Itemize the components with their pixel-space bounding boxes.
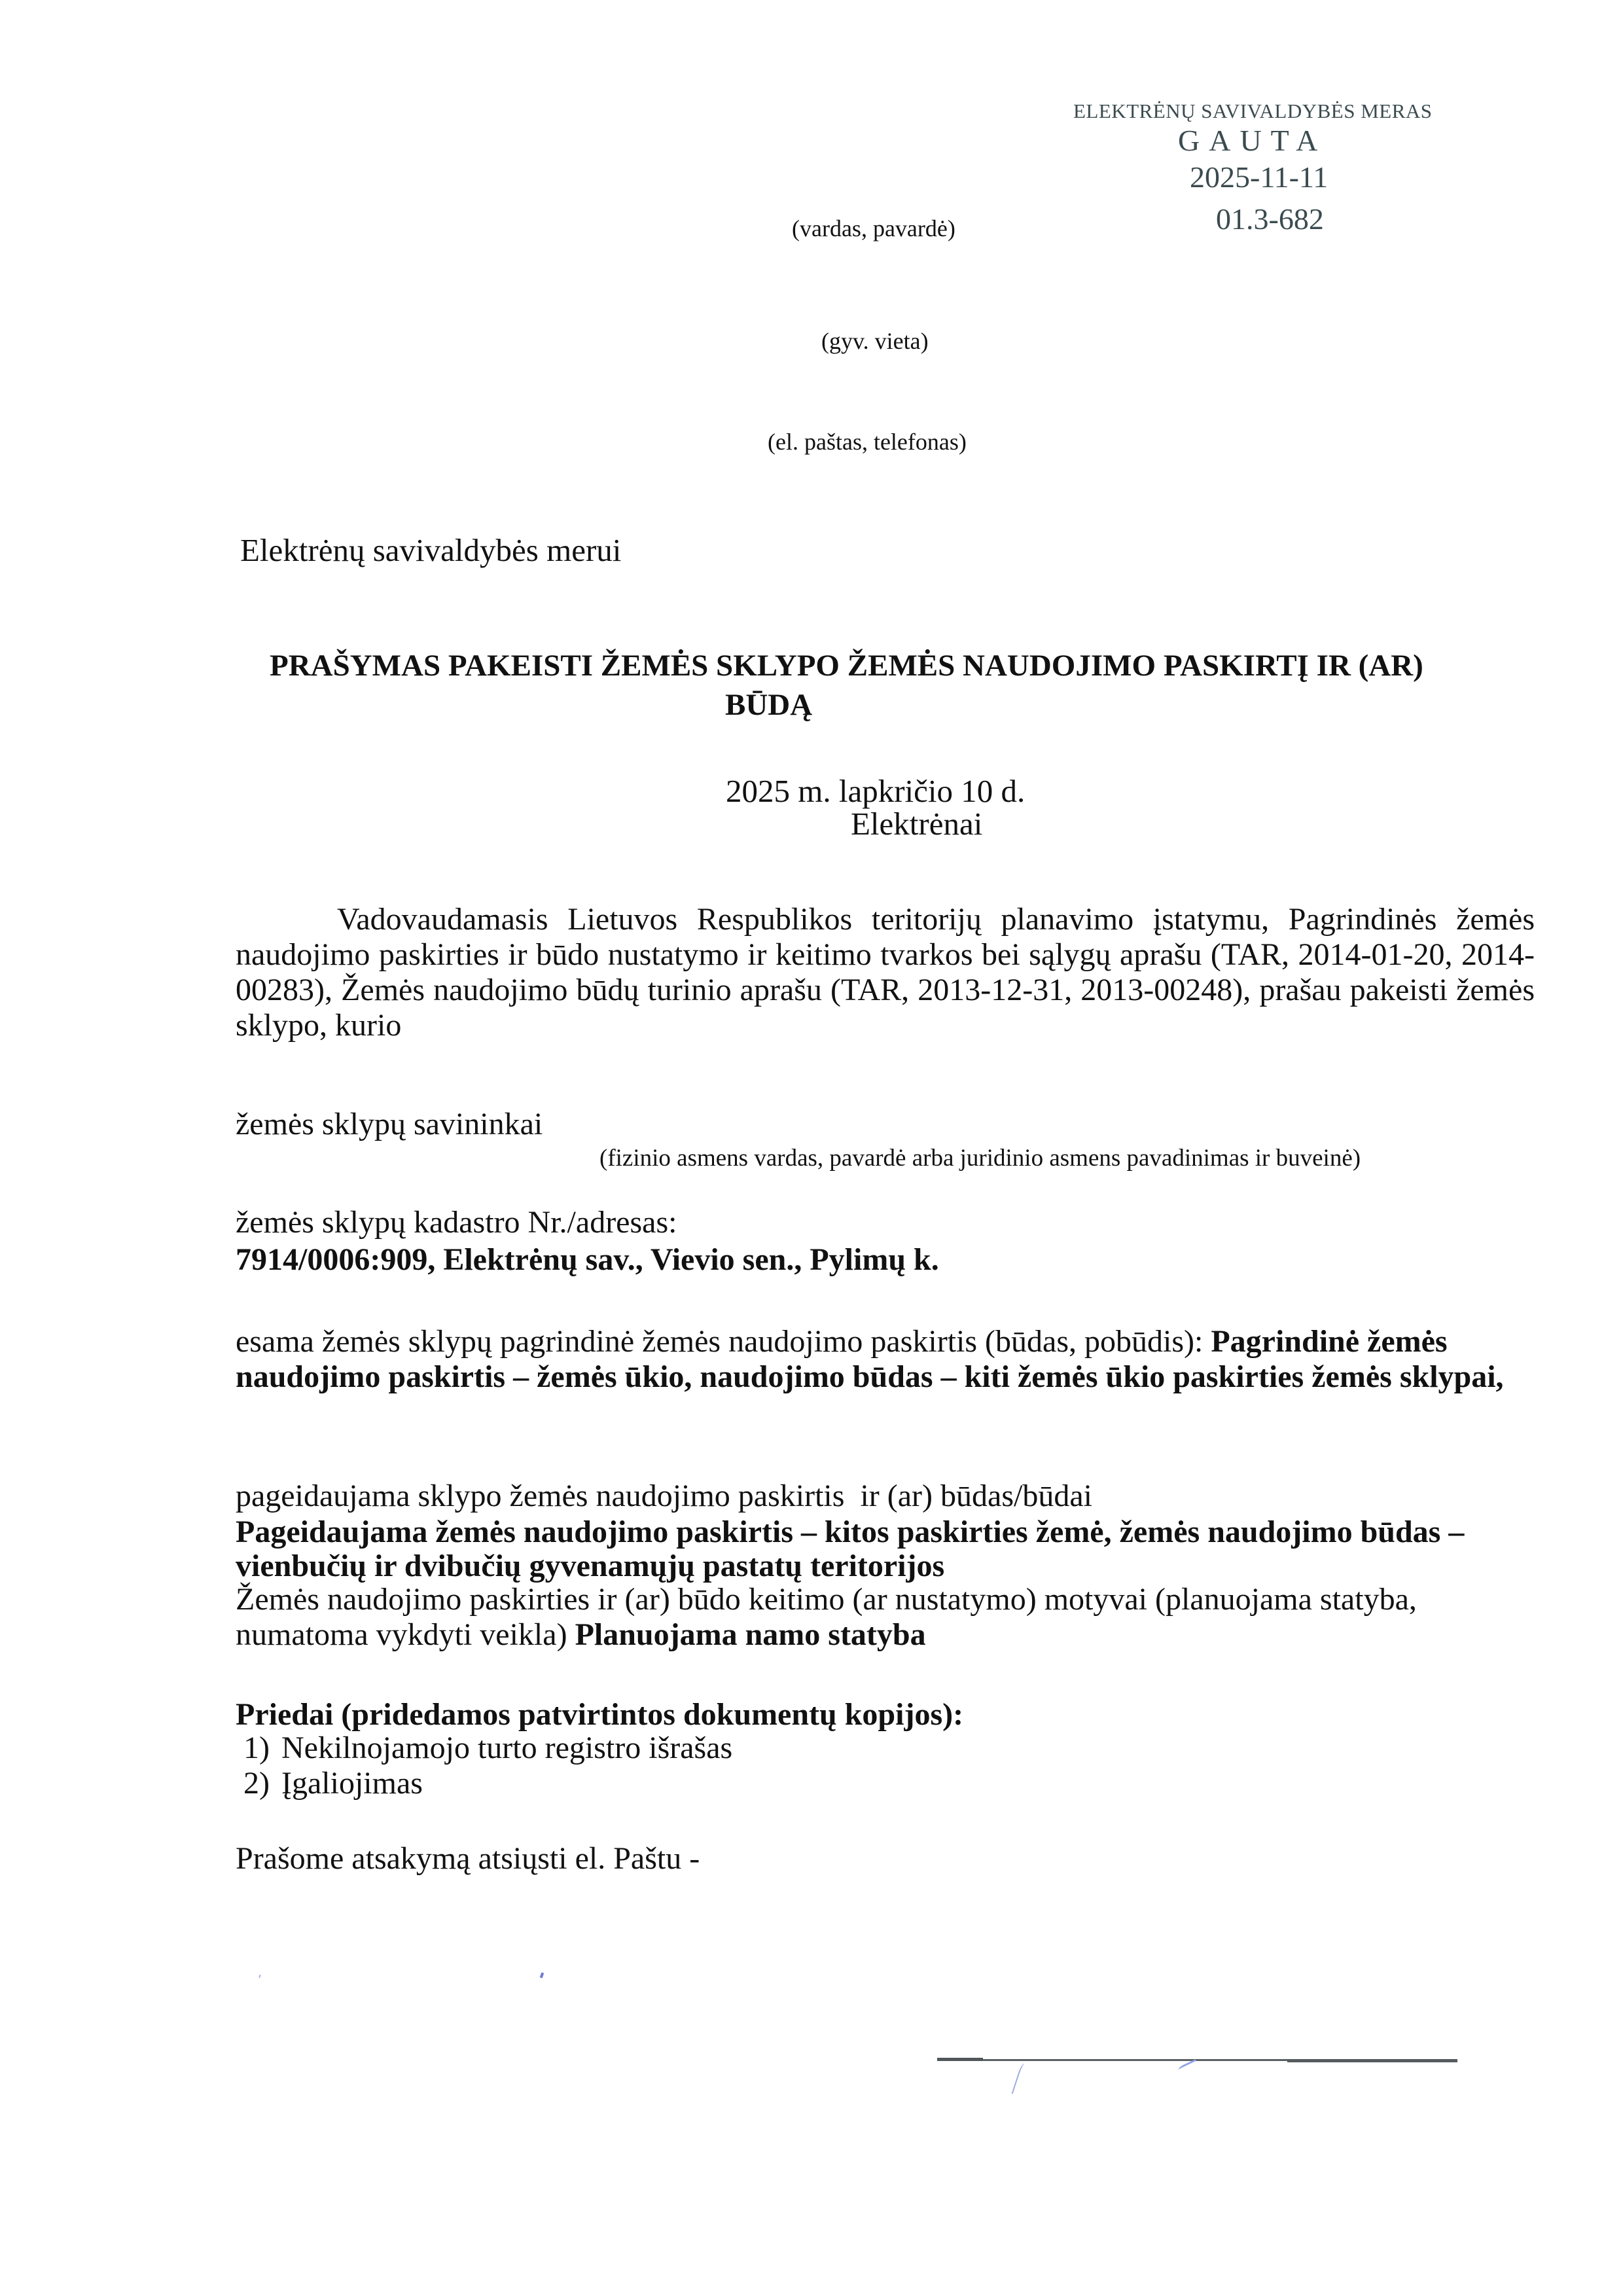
motive: Žemės naudojimo paskirties ir (ar) būdo … bbox=[236, 1582, 1535, 1653]
applicant-contact-hint: (el. paštas, telefonas) bbox=[768, 428, 967, 456]
addressee: Elektrėnų savivaldybės merui bbox=[240, 531, 621, 569]
cadastre-label: žemės sklypų kadastro Nr./adresas: bbox=[236, 1204, 677, 1240]
attachment-item: 1)Nekilnojamojo turto registro išrašas bbox=[243, 1730, 732, 1766]
desired-purpose-label: pageidaujama sklypo žemės naudojimo pask… bbox=[236, 1478, 1092, 1514]
current-purpose-label: esama žemės sklypų pagrindinė žemės naud… bbox=[236, 1324, 1211, 1359]
attachments-title: Priedai (pridedamos patvirtintos dokumen… bbox=[236, 1696, 963, 1732]
signature-stroke bbox=[1012, 2062, 1029, 2096]
desired-purpose-value: Pageidaujama žemės naudojimo paskirtis –… bbox=[236, 1515, 1535, 1583]
attachment-label: Įgaliojimas bbox=[281, 1766, 423, 1801]
document-title-line-1: PRAŠYMAS PAKEISTI ŽEMĖS SKLYPO ŽEMĖS NAU… bbox=[270, 648, 1423, 683]
cadastre-value: 7914/0006:909, Elektrėnų sav., Vievio se… bbox=[236, 1242, 939, 1278]
signature-stroke bbox=[1178, 2059, 1198, 2073]
document-date: 2025 m. lapkričio 10 d. bbox=[726, 772, 1025, 810]
motive-value: Planuojama namo statyba bbox=[575, 1617, 926, 1652]
applicant-residence-hint: (gyv. vieta) bbox=[821, 327, 929, 355]
stamp-date: 2025-11-11 bbox=[1190, 160, 1328, 194]
attachment-number: 1) bbox=[243, 1730, 281, 1766]
attachment-item: 2)Įgaliojimas bbox=[243, 1765, 423, 1801]
signature-line bbox=[937, 2059, 1457, 2061]
intro-paragraph: Vadovaudamasis Lietuvos Respublikos teri… bbox=[236, 902, 1535, 1043]
applicant-name-hint: (vardas, pavardė) bbox=[792, 215, 955, 242]
document-title-line-2: BŪDĄ bbox=[725, 687, 812, 723]
stamp-organization: ELEKTRĖNŲ SAVIVALDYBĖS MERAS bbox=[1073, 99, 1433, 123]
document-city: Elektrėnai bbox=[851, 805, 982, 842]
attachment-label: Nekilnojamojo turto registro išrašas bbox=[281, 1731, 732, 1765]
attachment-number: 2) bbox=[243, 1765, 281, 1801]
reply-request: Prašome atsakymą atsiųsti el. Paštu - bbox=[236, 1840, 700, 1876]
scan-speck bbox=[259, 1975, 261, 1978]
stamp-registration-number: 01.3-682 bbox=[1216, 202, 1324, 236]
stamp-status: GAUTA bbox=[1178, 123, 1327, 158]
owners-label: žemės sklypų savininkai bbox=[236, 1106, 543, 1142]
scan-speck bbox=[540, 1973, 544, 1979]
current-purpose: esama žemės sklypų pagrindinė žemės naud… bbox=[236, 1324, 1535, 1395]
owners-hint: (fizinio asmens vardas, pavardė arba jur… bbox=[599, 1144, 1361, 1172]
